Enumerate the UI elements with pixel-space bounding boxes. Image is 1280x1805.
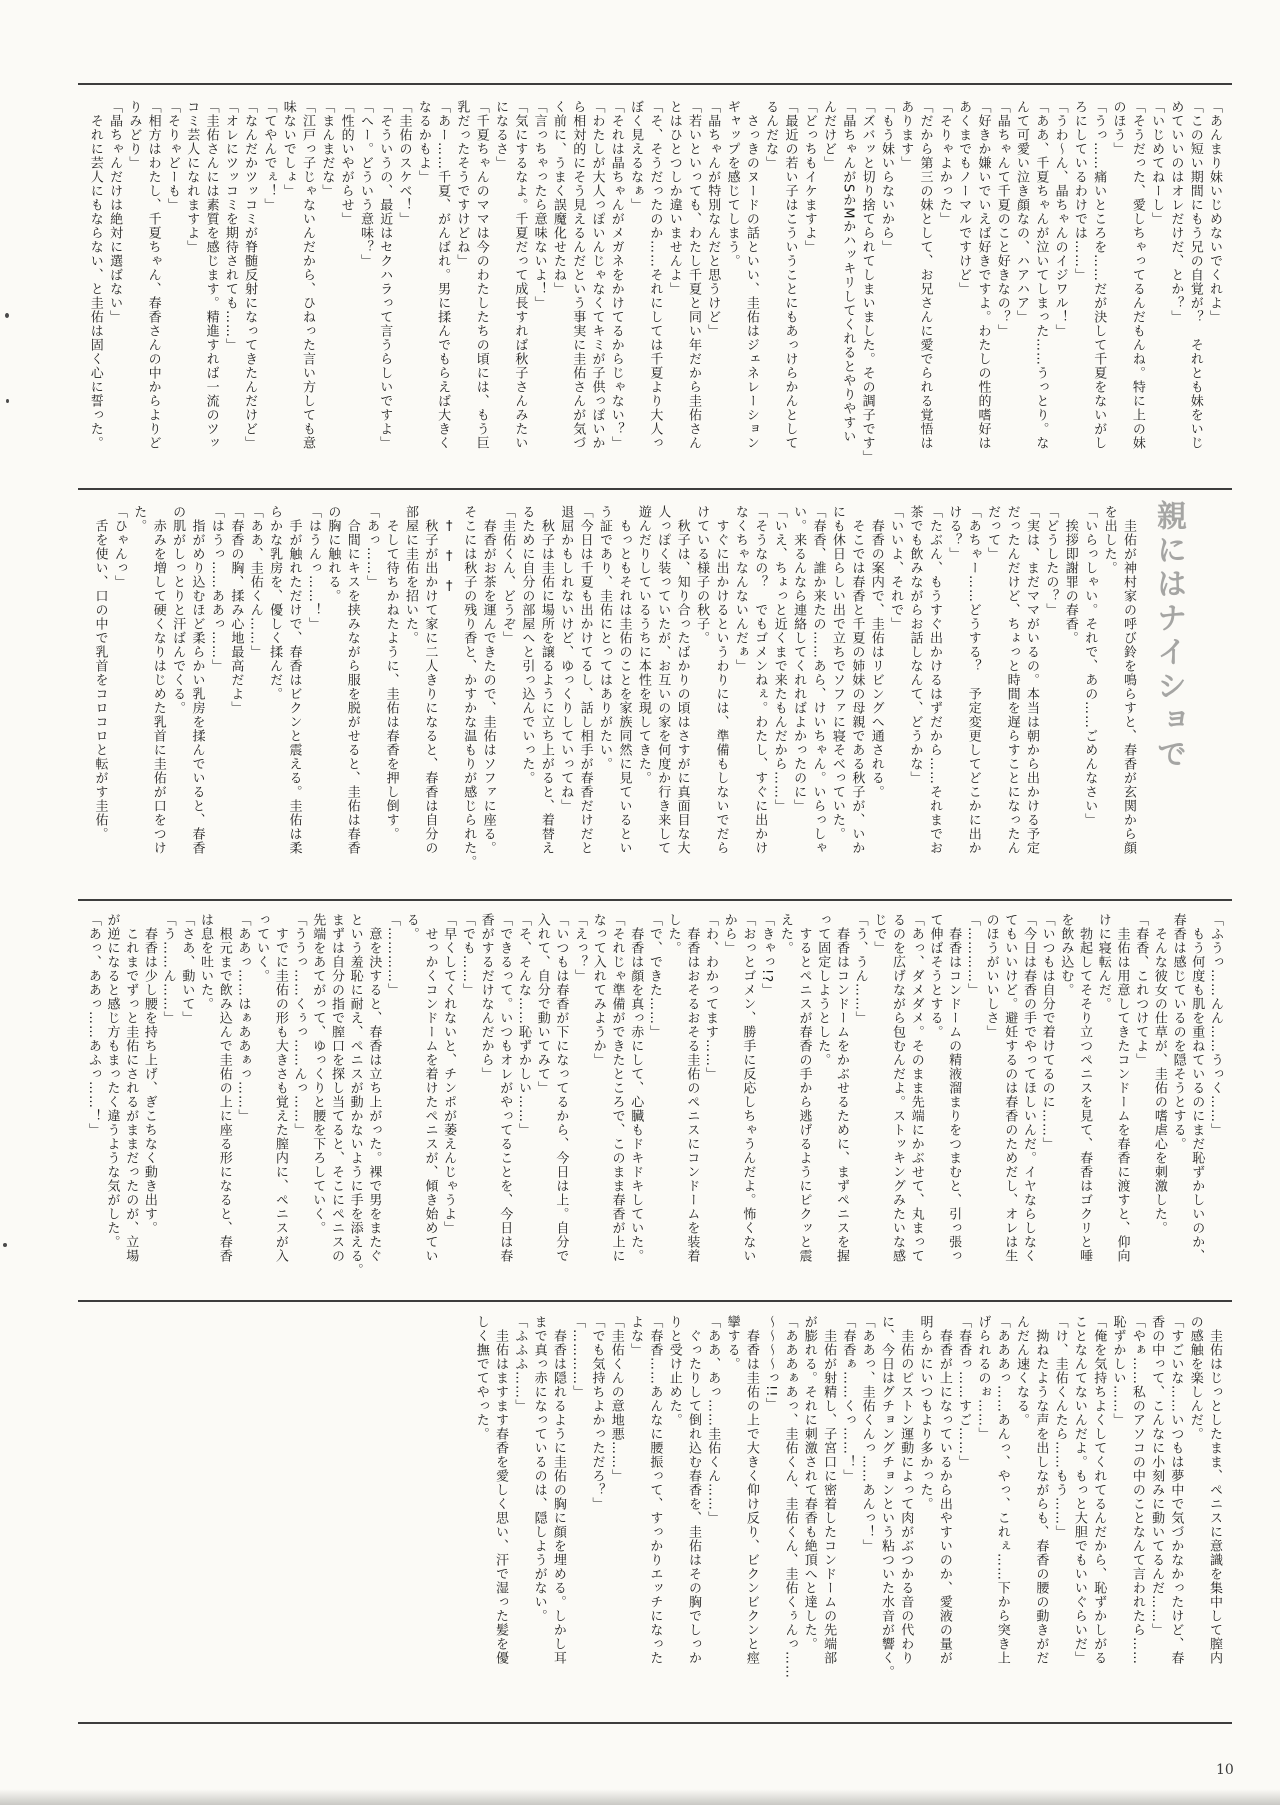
page-number: 10 <box>1216 1762 1234 1778</box>
scan-speck <box>3 1243 7 1247</box>
scan-speck <box>6 399 9 403</box>
scan-edge-shadow <box>0 1789 1280 1805</box>
scan-speck <box>5 313 9 318</box>
text-band-2: 圭佑が神村家の呼び鈴を鳴らすと、春香が玄関から顔 を出した。 「いらっしゃい。そ… <box>78 505 1138 897</box>
scanned-page: 「あんまり妹いじめないでくれよ」 「この短い期間にもう兄の自覚が？ それとも妹を… <box>0 0 1280 1805</box>
story-title: 親にはナイショで <box>1146 500 1190 800</box>
text-band-1: 「あんまり妹いじめないでくれよ」 「この短い期間にもう兄の自覚が？ それとも妹を… <box>78 100 1224 492</box>
text-band-4: 圭佑はじっとしたまま、ペニスに意識を集中して膣内 の感触を楽しんだ。 「すごいな… <box>78 1315 1224 1723</box>
band-separator-line <box>78 83 1232 85</box>
text-band-3: 「ふうっ……んん……うっく……」 もう何度も肌を重ねているのにまだ恥ずかしいのか… <box>78 913 1224 1303</box>
band-separator-line <box>78 899 1232 901</box>
